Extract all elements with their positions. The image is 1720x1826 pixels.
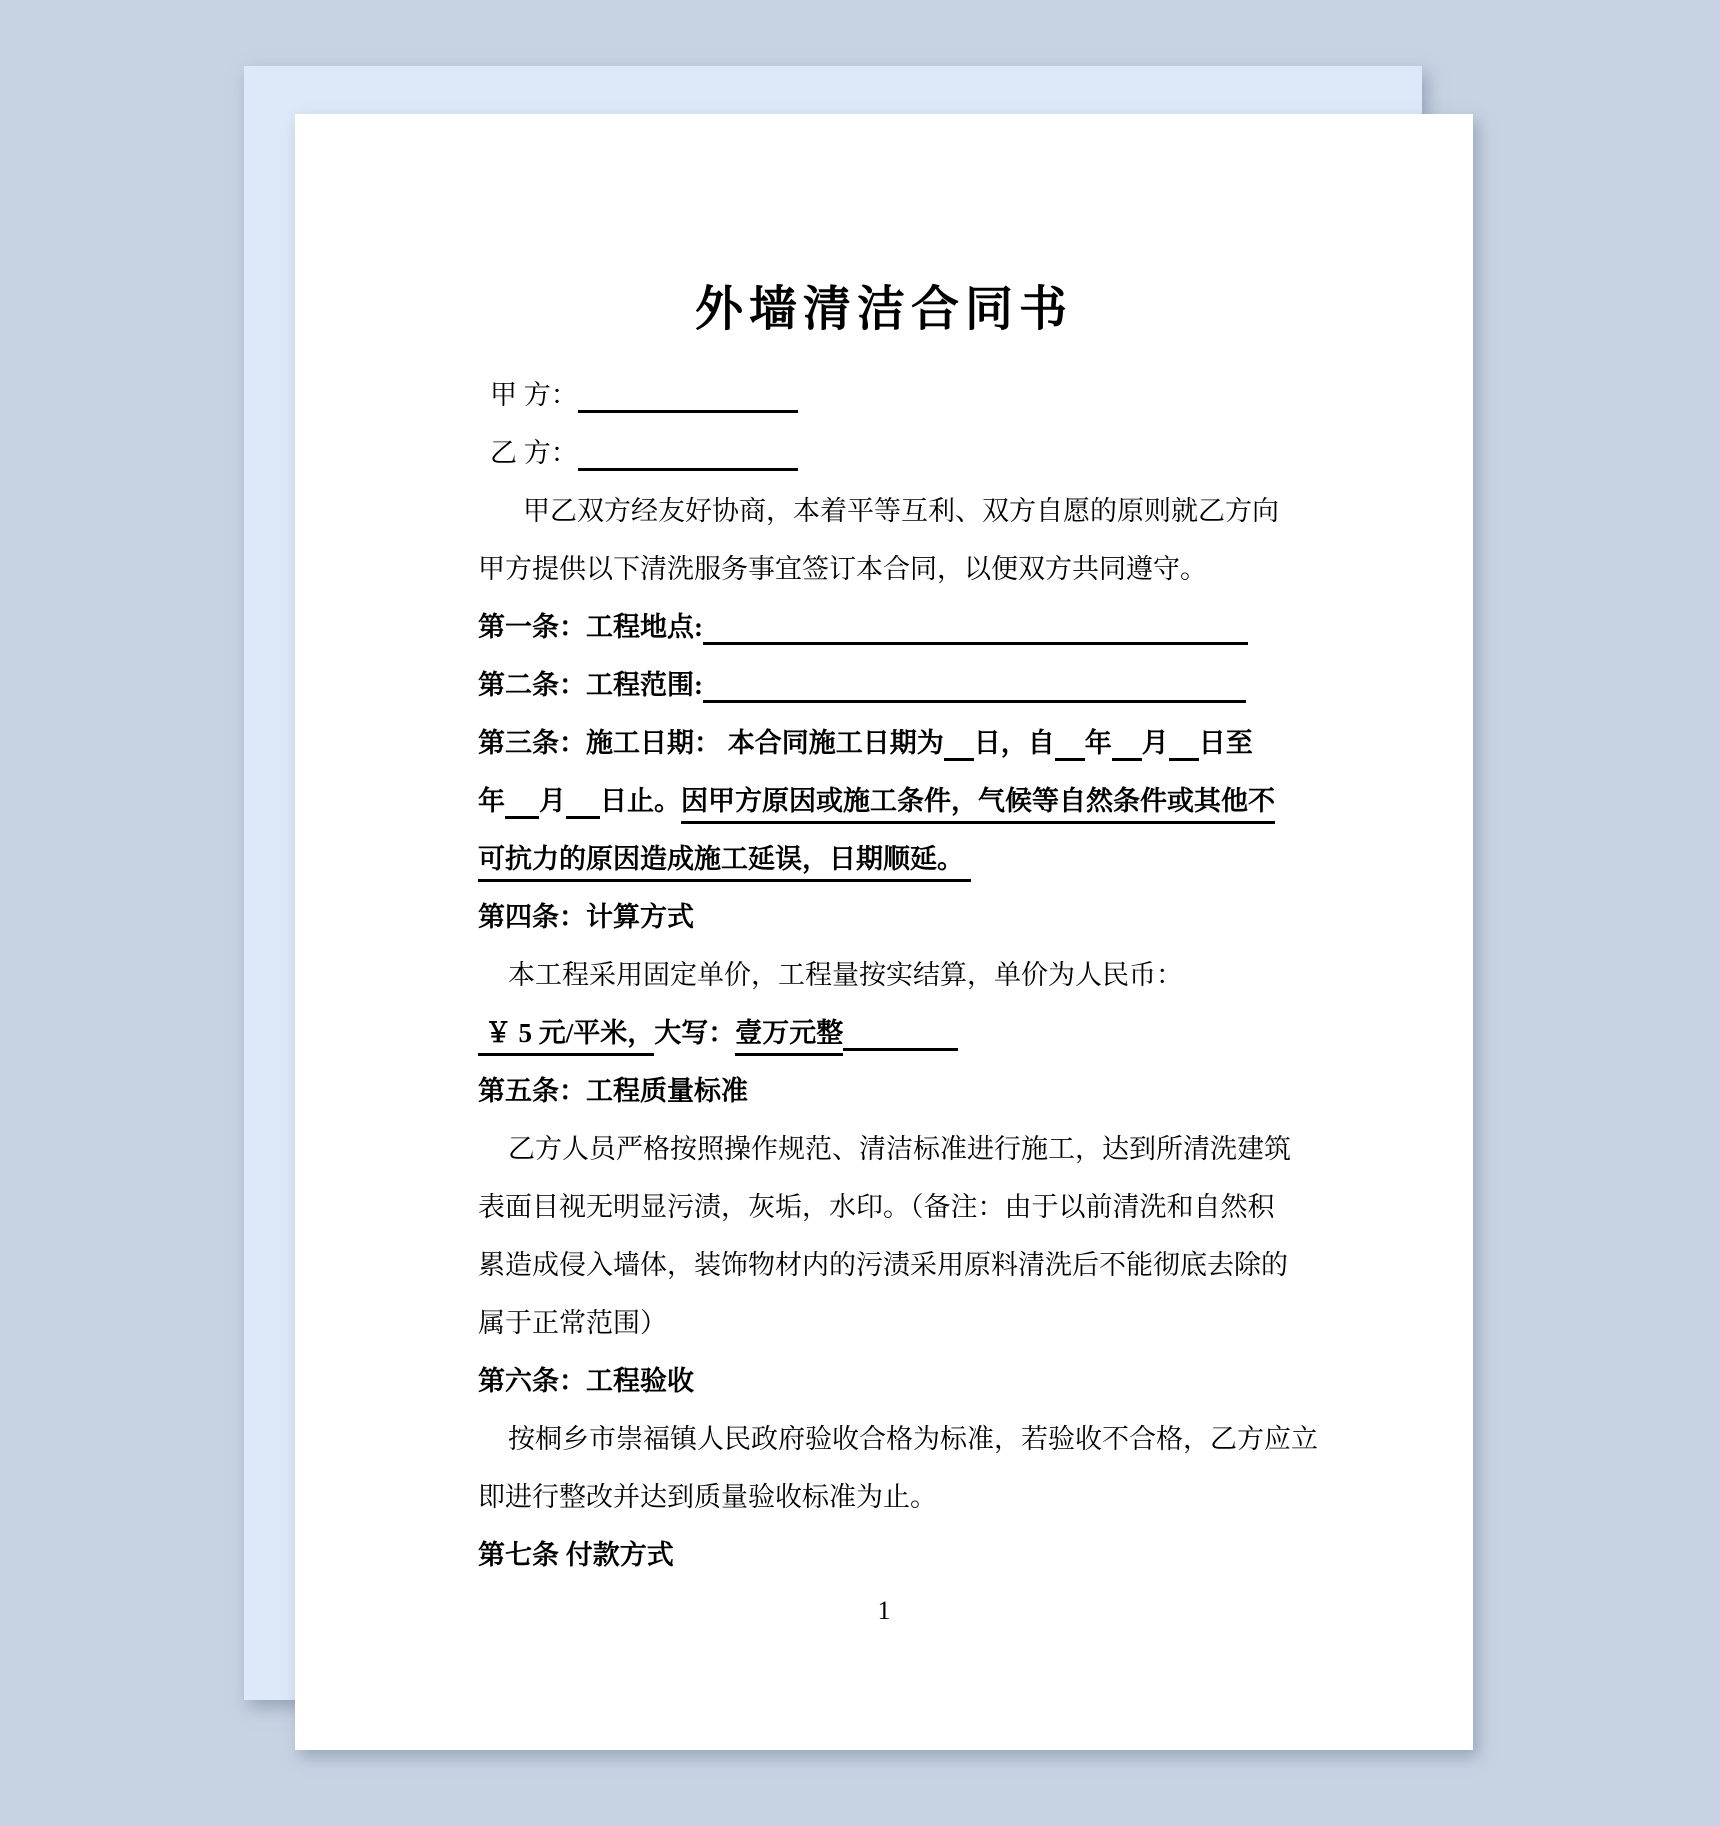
text-run: 乙方人员严格按照操作规范、清洁标准进行施工，达到所清洗建筑 [508,1134,1291,1164]
doc-line: 本工程采用固定单价，工程量按实结算，单价为人民币： [478,946,1290,1004]
text-run: 甲乙双方经友好协商，本着平等互利、双方自愿的原则就乙方向 [523,496,1279,526]
text-run: ￥ 5 元/平米， [478,1018,654,1056]
doc-line: 年月日止。因甲方原因或施工条件，气候等自然条件或其他不 [478,772,1290,830]
blank-fill-field [703,699,1246,703]
text-run: 壹万元整 [735,1018,843,1056]
doc-line: 甲乙双方经友好协商，本着平等互利、双方自愿的原则就乙方向 [478,482,1290,540]
text-run: 属于正常范围） [478,1308,667,1338]
text-run: 第三条：施工日期： 本合同施工日期为 [478,728,944,758]
doc-line: 属于正常范围） [478,1294,1290,1352]
text-run: 本工程采用固定单价，工程量按实结算，单价为人民币： [508,960,1183,990]
text-run: 乙 方： [490,438,578,468]
blank-fill-field [703,641,1248,645]
blank-fill-field [944,757,974,761]
doc-line: 累造成侵入墙体，装饰物材内的污渍采用原料清洗后不能彻底去除的 [478,1236,1290,1294]
document-title: 外墙清洁合同书 [478,284,1290,336]
doc-line: 按桐乡市崇福镇人民政府验收合格为标准，若验收不合格，乙方应立 [478,1410,1290,1468]
text-run: 日，自 [974,728,1055,758]
text-run: 累造成侵入墙体，装饰物材内的污渍采用原料清洗后不能彻底去除的 [478,1250,1288,1280]
text-run: 因甲方原因或施工条件，气候等自然条件或其他不 [681,786,1275,824]
doc-body: 甲 方：乙 方：甲乙双方经友好协商，本着平等互利、双方自愿的原则就乙方向甲方提供… [478,366,1290,1584]
text-run: 可抗力的原因造成施工延误，日期顺延。 [478,844,971,882]
doc-line: 乙 方： [478,424,1290,482]
blank-fill-field [1055,757,1085,761]
blank-fill-field [505,815,539,819]
text-run: 日至 [1199,728,1253,758]
doc-line: 第二条：工程范围: [478,656,1290,714]
doc-line: 甲 方： [478,366,1290,424]
text-run: 甲方提供以下清洗服务事宜签订本合同，以便双方共同遵守。 [478,554,1207,584]
doc-line: 第七条 付款方式 [478,1526,1290,1584]
text-run: 月 [539,786,566,816]
text-run: 年 [478,786,505,816]
doc-line: 乙方人员严格按照操作规范、清洁标准进行施工，达到所清洗建筑 [478,1120,1290,1178]
doc-line: 第五条：工程质量标准 [478,1062,1290,1120]
doc-line: 第六条：工程验收 [478,1352,1290,1410]
text-run: 第六条：工程验收 [478,1366,694,1396]
doc-line: 可抗力的原因造成施工延误，日期顺延。 [478,830,1290,888]
text-run: 甲 方： [490,380,578,410]
text-run: 第七条 付款方式 [478,1540,674,1570]
blank-fill-field [578,409,798,413]
doc-line: 第一条：工程地点: [478,598,1290,656]
doc-line: 第三条：施工日期： 本合同施工日期为日，自年月日至 [478,714,1290,772]
text-run: 第五条：工程质量标准 [478,1076,748,1106]
doc-line: 表面目视无明显污渍，灰垢，水印。（备注：由于以前清洗和自然积 [478,1178,1290,1236]
desktop-background: { "window": { "background_color": "#c7d3… [0,0,1720,1826]
text-run: 第二条：工程范围: [478,670,703,700]
contract-page: 外墙清洁合同书 甲 方：乙 方：甲乙双方经友好协商，本着平等互利、双方自愿的原则… [295,114,1473,1750]
doc-line: 甲方提供以下清洗服务事宜签订本合同，以便双方共同遵守。 [478,540,1290,598]
text-run: 日止。 [600,786,681,816]
blank-fill-field [566,815,600,819]
text-run: 月 [1142,728,1169,758]
text-run: 按桐乡市崇福镇人民政府验收合格为标准，若验收不合格，乙方应立 [508,1424,1318,1454]
blank-fill-field [578,467,798,471]
text-run: 第四条：计算方式 [478,902,694,932]
blank-fill-field [1112,757,1142,761]
doc-line: ￥ 5 元/平米，大写：壹万元整 [478,1004,1290,1062]
text-run: 大写： [654,1018,735,1048]
text-run: 即进行整改并达到质量验收标准为止。 [478,1482,937,1512]
text-run: 表面目视无明显污渍，灰垢，水印。（备注：由于以前清洗和自然积 [478,1192,1275,1222]
text-run: 第一条：工程地点: [478,612,703,642]
blank-fill-field [1169,757,1199,761]
page-number: 1 [295,1596,1473,1626]
doc-line: 即进行整改并达到质量验收标准为止。 [478,1468,1290,1526]
blank-fill-field [843,1047,958,1051]
page-content: 外墙清洁合同书 甲 方：乙 方：甲乙双方经友好协商，本着平等互利、双方自愿的原则… [295,114,1473,1750]
text-run: 年 [1085,728,1112,758]
doc-line: 第四条：计算方式 [478,888,1290,946]
